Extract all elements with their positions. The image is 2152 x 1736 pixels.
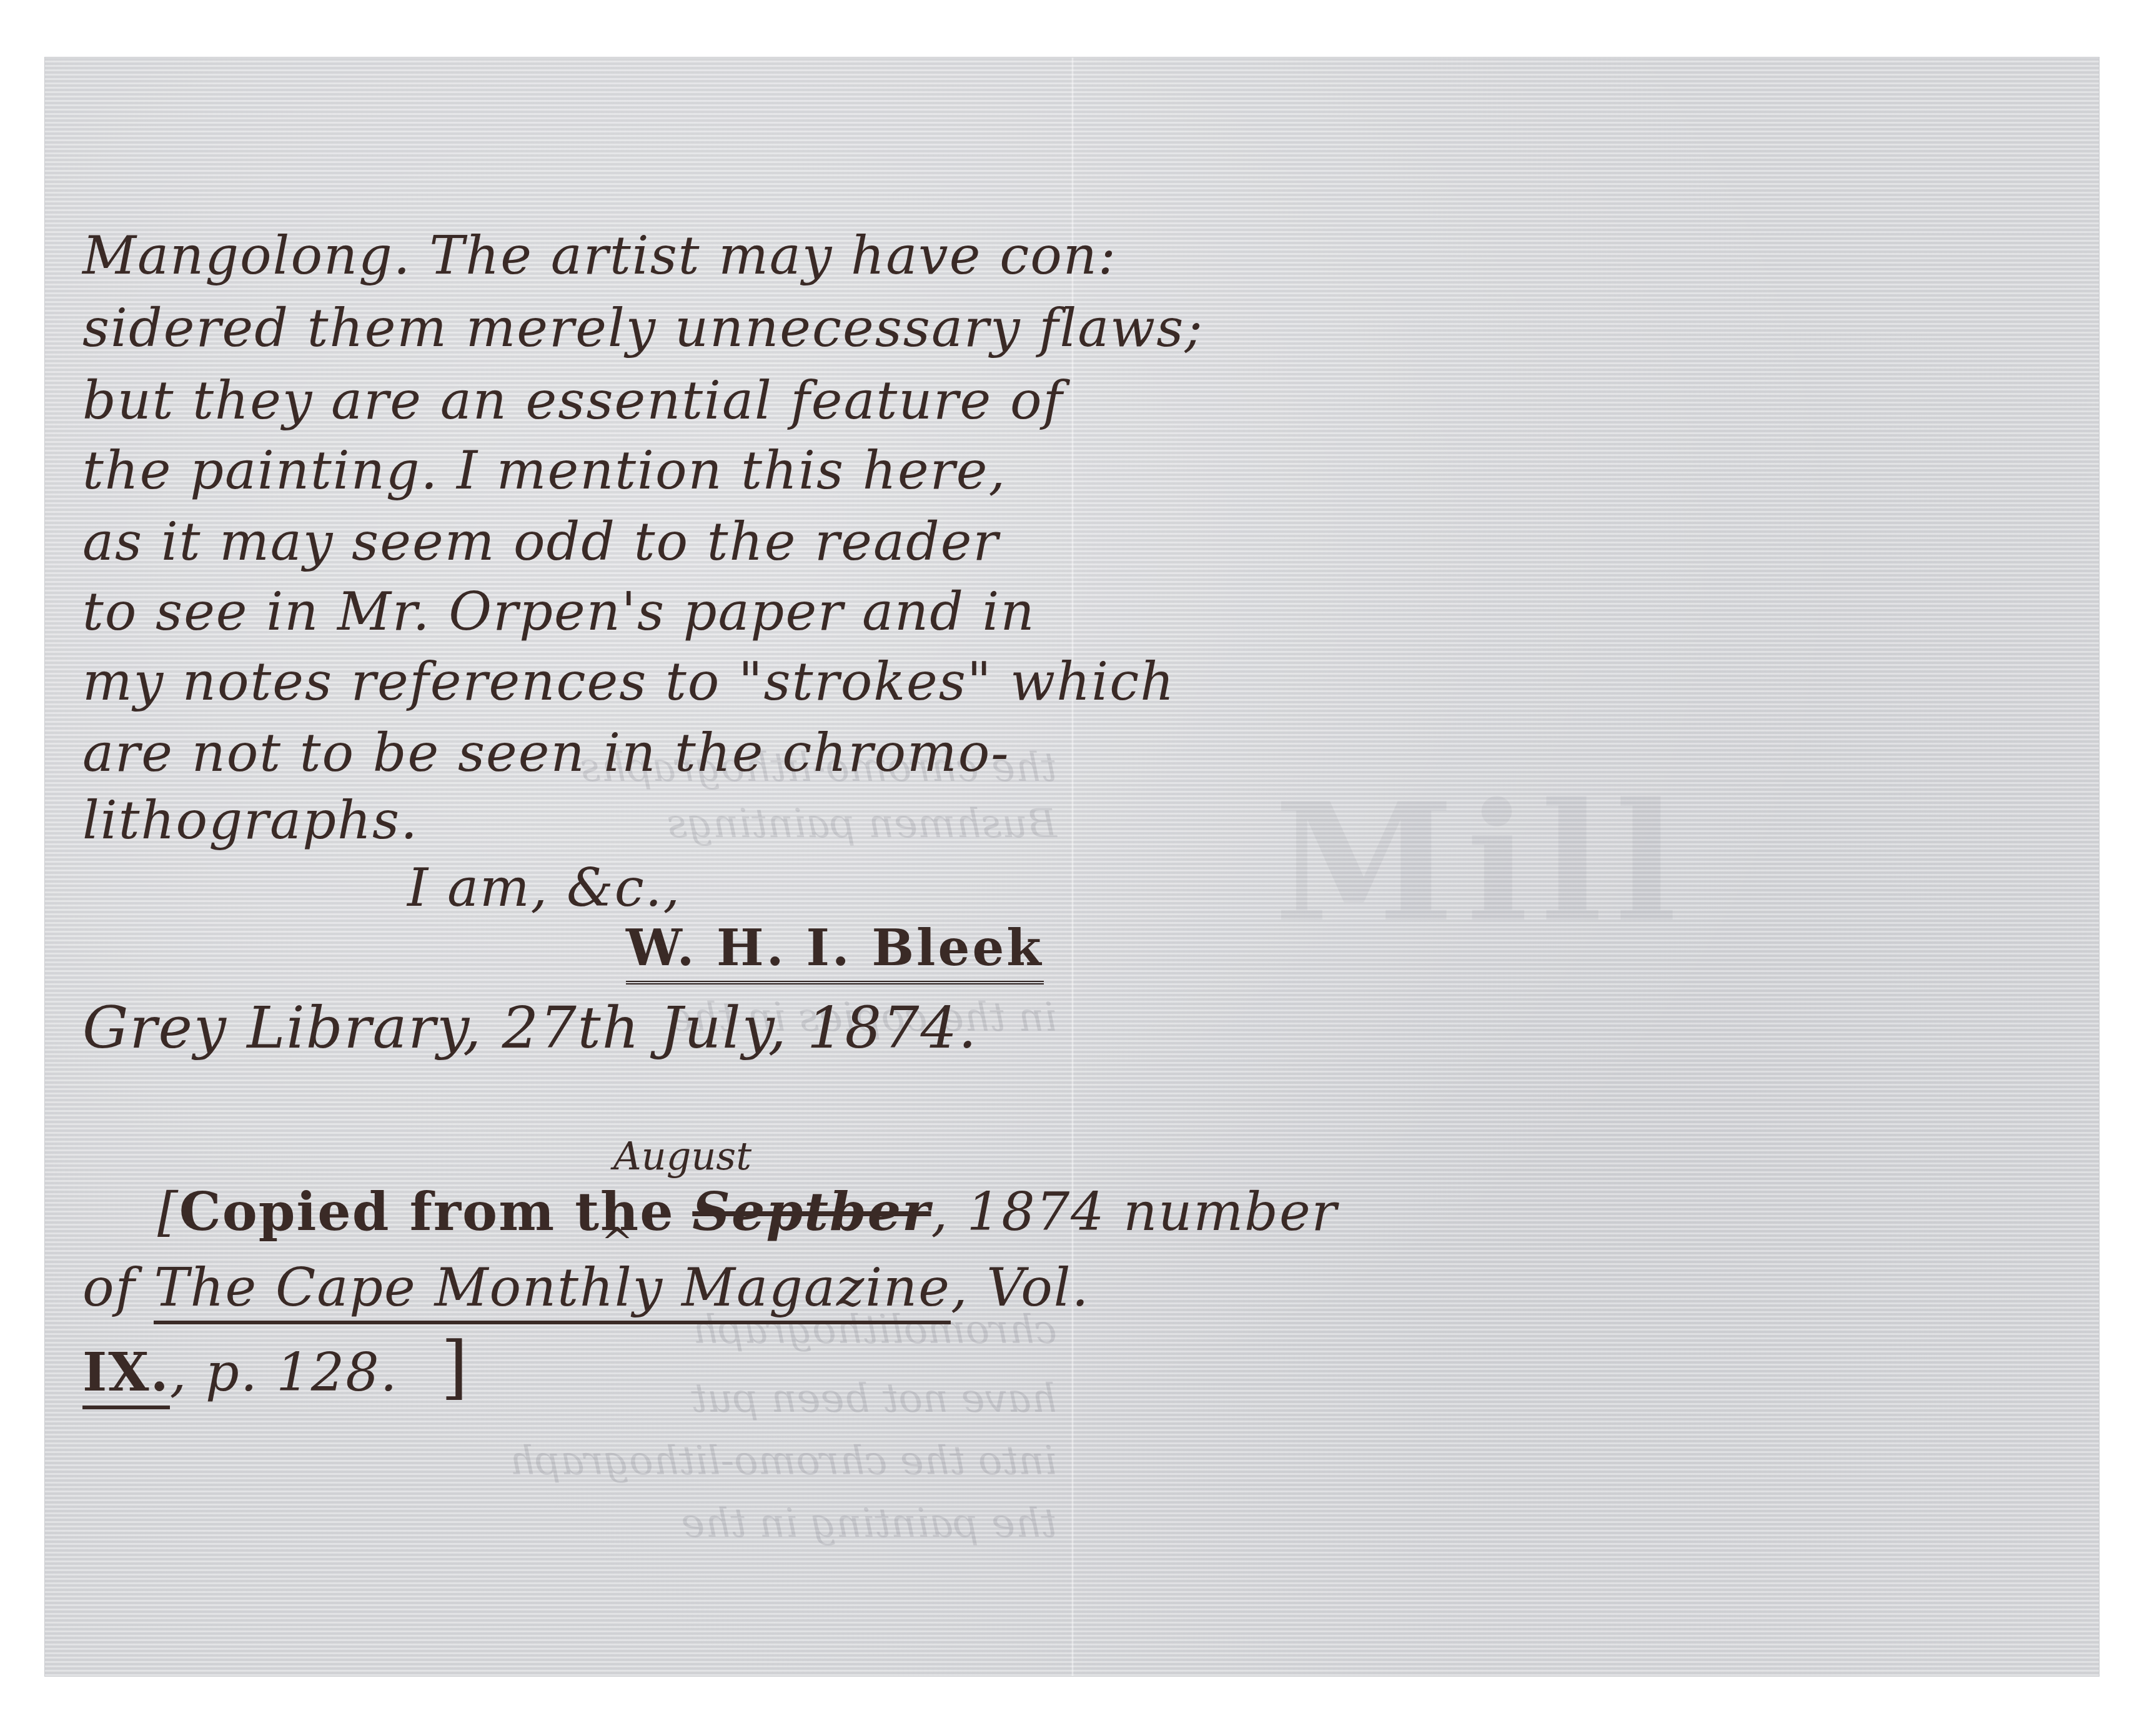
text-line: the painting. I mention this here,	[82, 440, 1006, 501]
citation-vol: , Vol.	[951, 1257, 1090, 1318]
struck-word: Septber	[692, 1181, 931, 1242]
text-line: my notes references to "strokes" which	[82, 651, 1175, 712]
manuscript-page: Mill the chromo-lithographs Bushmen pain…	[45, 57, 2099, 1676]
bleed-through-text: into the chromo-lithograph	[120, 1438, 1057, 1484]
place-and-date: Grey Library, 27th July, 1874.	[82, 994, 978, 1061]
citation-note-line-1: [Copied from the Septber, 1874 number	[157, 1181, 1338, 1242]
text-line: as it may seem odd to the reader	[82, 511, 999, 572]
inserted-word: August	[613, 1133, 751, 1179]
text-line: are not to be seen in the chromo-	[82, 722, 1010, 783]
text-line: to see in Mr. Orpen's paper and in	[82, 581, 1036, 642]
publication-title: The Cape Monthly Magazine	[154, 1257, 951, 1324]
page-number: , p. 128.	[170, 1342, 399, 1403]
citation-year: , 1874	[931, 1181, 1105, 1242]
paper-watermark: Mill	[1201, 776, 1763, 1126]
signature: W. H. I. Bleek	[626, 918, 1044, 985]
letter-closing: I am, &c.,	[407, 857, 681, 918]
bleed-through-text: the painting in the	[120, 1500, 1057, 1547]
close-bracket: ]	[441, 1327, 469, 1407]
text-line: lithographs.	[82, 790, 419, 851]
text-line: Mangolong. The artist may have con:	[82, 225, 1117, 286]
citation-prefix: Copied from the	[179, 1181, 675, 1242]
volume-number: IX.	[82, 1341, 170, 1409]
open-bracket: [	[157, 1181, 179, 1242]
citation-note-line-2: of The Cape Monthly Magazine, Vol.	[82, 1257, 1089, 1318]
citation-of: of	[82, 1257, 136, 1318]
text-line: sidered them merely unnecessary flaws;	[82, 297, 1204, 359]
citation-suffix: number	[1123, 1181, 1338, 1242]
citation-note-line-3: IX., p. 128. ]	[82, 1327, 469, 1407]
text-line: but they are an essential feature of	[82, 370, 1064, 431]
